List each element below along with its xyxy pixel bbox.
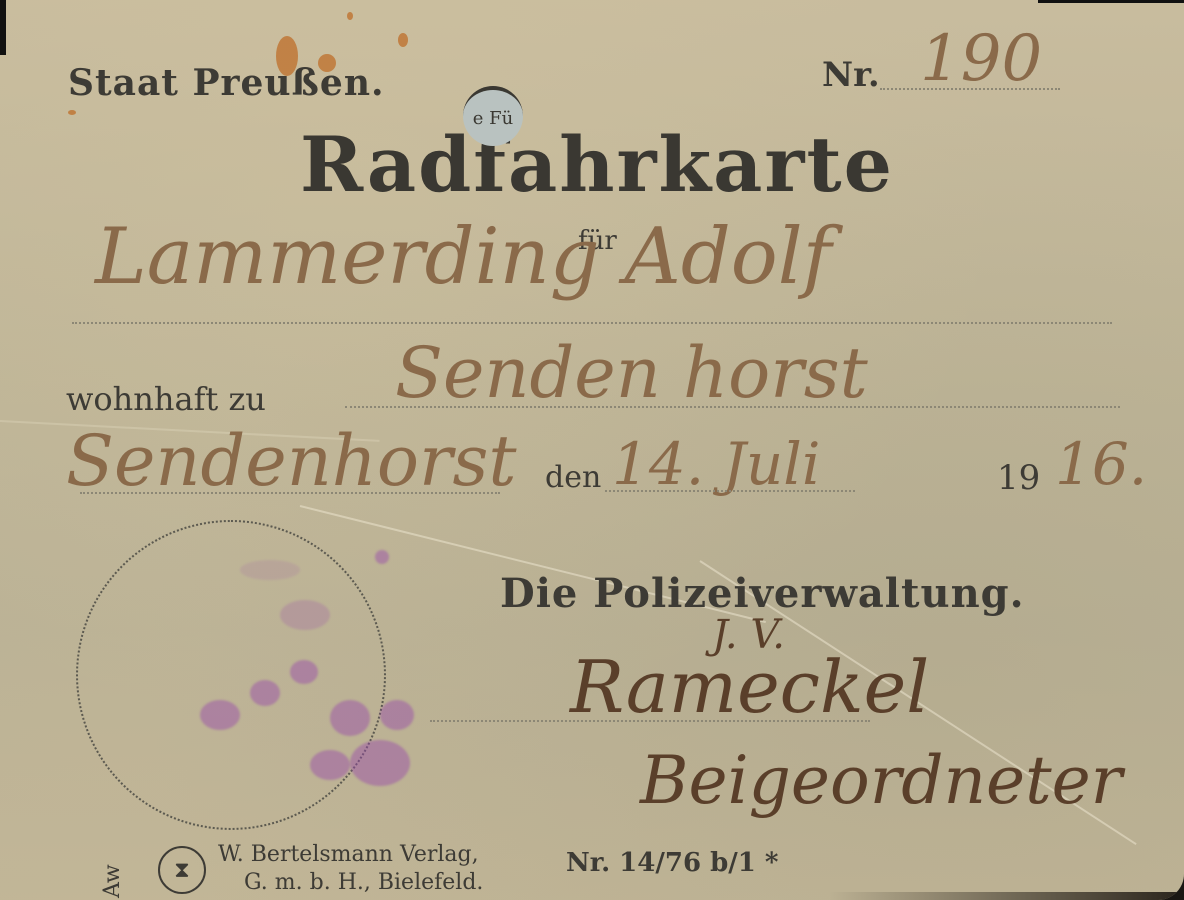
name-dotted-line: [72, 322, 1112, 324]
issue-place: Sendenhorst: [66, 420, 517, 502]
bicycle-permit-card: Staat Preußen. Nr. 190 Radfahrkarte e Fü…: [0, 0, 1184, 900]
issue-date: 14. Juli: [612, 430, 820, 498]
stamp-ink: [375, 550, 389, 564]
stamp-ink: [240, 560, 300, 580]
form-number: Nr. 14/76 b/1 *: [566, 848, 779, 878]
stamp-ink: [310, 750, 350, 780]
signature-name: Rameckel: [570, 645, 929, 729]
rust-stain: [398, 33, 408, 47]
stamp-ink: [380, 700, 414, 730]
hourglass-seal-icon: ⧗: [158, 846, 206, 894]
scan-border: [0, 0, 6, 55]
holder-name: Lammerding Adolf: [95, 212, 832, 302]
rust-stain: [347, 12, 353, 20]
number-dotted-line: [880, 88, 1060, 90]
date-dotted-line: [605, 490, 855, 492]
stamp-ink: [250, 680, 280, 706]
number-label: Nr.: [822, 55, 880, 95]
residence-label: wohnhaft zu: [66, 380, 266, 418]
residence-dotted-line: [345, 406, 1120, 408]
punch-hole-text: e Fü: [473, 108, 513, 129]
place-dotted-line: [80, 492, 500, 494]
stamp-area: [76, 520, 386, 830]
year-suffix: 16.: [1055, 430, 1147, 498]
state-label: Staat Preußen.: [68, 62, 385, 104]
stamp-ink: [350, 740, 410, 786]
residence-value: Senden horst: [395, 332, 868, 414]
punch-hole: e Fü: [463, 86, 523, 146]
scan-border: [1038, 0, 1184, 3]
signature-dotted-line: [430, 720, 870, 722]
authority-label: Die Polizeiverwaltung.: [500, 570, 1025, 617]
card-edge-shadow: [0, 892, 1184, 900]
signature-title: Beigeordneter: [640, 742, 1122, 819]
stamp-ink: [200, 700, 240, 730]
page-title: Radfahrkarte: [300, 120, 894, 209]
date-label: den: [545, 460, 601, 495]
rust-stain: [68, 110, 76, 115]
card-number: 190: [920, 22, 1042, 96]
stamp-ink: [330, 700, 370, 736]
publisher-line-1: W. Bertelsmann Verlag,: [218, 842, 479, 867]
stamp-ink: [290, 660, 318, 684]
stamp-ink: [280, 600, 330, 630]
year-prefix: 19: [997, 458, 1040, 498]
